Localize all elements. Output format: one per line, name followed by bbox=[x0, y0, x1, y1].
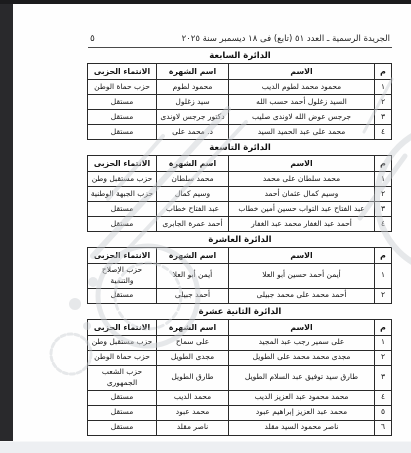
cell-nickname: د. محمد على bbox=[157, 125, 229, 140]
cell-name: على سمير رجب عبد المجيد bbox=[229, 335, 375, 350]
cell-party: مستقل bbox=[88, 95, 157, 110]
column-header-party: الانتماء الحزبى bbox=[88, 64, 157, 80]
candidate-row: ٥محمد عبد العزيز إبراهيم عبودمحمد عبودمس… bbox=[88, 405, 392, 420]
candidate-row: ٣طارق سيد توفيق عبد السلام الطويلطارق ال… bbox=[88, 365, 392, 390]
cell-no: ٤ bbox=[375, 390, 392, 405]
candidate-row: ١محمود محمد لطوم الديبمحمود لطومحزب حماة… bbox=[88, 80, 392, 95]
viewer-top-edge bbox=[0, 0, 411, 4]
cell-nickname: محمد عبود bbox=[157, 405, 229, 420]
cell-name: السيد زغلول أحمد حسب الله bbox=[229, 95, 375, 110]
cell-no: ١ bbox=[375, 80, 392, 95]
cell-no: ٤ bbox=[375, 217, 392, 232]
viewer-bottom-bar bbox=[0, 441, 411, 453]
cell-nickname: عبد الفتاح خطاب bbox=[157, 202, 229, 217]
cell-party: مستقل bbox=[88, 110, 157, 125]
cell-name: وسيم كمال عثمان أحمد bbox=[229, 187, 375, 202]
candidate-row: ٤محمد على عبد الحميد السيدد. محمد علىمست… bbox=[88, 125, 392, 140]
table-header: مالاسماسم الشهرةالانتماء الحزبى bbox=[88, 319, 392, 335]
candidate-row: ١محمد سلطان على محمدمحمد سلطانحزب مستقبل… bbox=[88, 172, 392, 187]
table-header: مالاسماسم الشهرةالانتماء الحزبى bbox=[88, 248, 392, 264]
candidate-row: ٢السيد زغلول أحمد حسب اللهسيد زغلولمستقل bbox=[88, 95, 392, 110]
cell-party: حزب مستقبل وطن bbox=[88, 335, 157, 350]
page-number: ٥ bbox=[90, 34, 95, 44]
cell-name: جرجس عوض الله لاوندى صليب bbox=[229, 110, 375, 125]
district-title: الدائرة السابعة bbox=[88, 51, 392, 61]
cell-no: ٢ bbox=[375, 288, 392, 303]
cell-party: مستقل bbox=[88, 405, 157, 420]
district-section: الدائرة الثانية عشرةمالاسماسم الشهرةالان… bbox=[88, 307, 392, 436]
tables-container: الدائرة السابعةمالاسماسم الشهرةالانتماء … bbox=[88, 51, 392, 436]
cell-party: حزب الجبهة الوطنية bbox=[88, 187, 157, 202]
cell-name: أحمد عبد الغفار محمد عبد الغفار bbox=[229, 217, 375, 232]
cell-no: ١ bbox=[375, 335, 392, 350]
cell-party: مستقل bbox=[88, 288, 157, 303]
cell-no: ٢ bbox=[375, 187, 392, 202]
column-header-no: م bbox=[375, 248, 392, 264]
cell-nickname: أيمن أبو العلا bbox=[157, 264, 229, 289]
candidate-row: ٤محمد محمود عبد العزيز الديبمحمد الديبمس… bbox=[88, 390, 392, 405]
column-header-nickname: اسم الشهرة bbox=[157, 248, 229, 264]
cell-no: ٣ bbox=[375, 202, 392, 217]
candidate-row: ٣جرجس عوض الله لاوندى صليبدكتور جرجس لاو… bbox=[88, 110, 392, 125]
column-header-party: الانتماء الحزبى bbox=[88, 319, 157, 335]
cell-name: محمد عبد العزيز إبراهيم عبود bbox=[229, 405, 375, 420]
district-title: الدائرة الثانية عشرة bbox=[88, 307, 392, 317]
table-body: ١على سمير رجب عبد المجيدعلى سماححزب مستق… bbox=[88, 335, 392, 435]
cell-no: ٣ bbox=[375, 110, 392, 125]
candidate-row: ٤أحمد عبد الغفار محمد عبد الغفارأحمد عمر… bbox=[88, 217, 392, 232]
cell-nickname: سيد زغلول bbox=[157, 95, 229, 110]
cell-nickname: مجدى الطويل bbox=[157, 350, 229, 365]
viewer-left-margin-strip bbox=[0, 0, 13, 442]
district-title: الدائرة التاسعة bbox=[88, 143, 392, 153]
cell-nickname: طارق الطويل bbox=[157, 365, 229, 390]
candidate-row: ٢أحمد محمد على محمد جبيلىأحمد جبيلىمستقل bbox=[88, 288, 392, 303]
cell-no: ٢ bbox=[375, 350, 392, 365]
cell-name: أيمن أحمد حسين أبو العلا bbox=[229, 264, 375, 289]
gazette-header-title: الجريدة الرسمية ـ العدد ٥١ (تابع) فى ١٨ … bbox=[182, 34, 390, 44]
table-body: ١محمود محمد لطوم الديبمحمود لطومحزب حماة… bbox=[88, 80, 392, 140]
column-header-party: الانتماء الحزبى bbox=[88, 156, 157, 172]
cell-party: حزب مستقبل وطن bbox=[88, 172, 157, 187]
column-header-nickname: اسم الشهرة bbox=[157, 156, 229, 172]
cell-party: حزب حماة الوطن bbox=[88, 350, 157, 365]
cell-name: عبد الفتاح عبد التواب حسين أمين خطاب bbox=[229, 202, 375, 217]
column-header-name: الاسم bbox=[229, 156, 375, 172]
column-header-nickname: اسم الشهرة bbox=[157, 64, 229, 80]
candidate-row: ٦ناصر محمود السيد مقلدناصر مقلدمستقل bbox=[88, 420, 392, 435]
cell-no: ٦ bbox=[375, 420, 392, 435]
column-header-party: الانتماء الحزبى bbox=[88, 248, 157, 264]
column-header-name: الاسم bbox=[229, 319, 375, 335]
table-body: ١أيمن أحمد حسين أبو العلاأيمن أبو العلاح… bbox=[88, 264, 392, 304]
cell-no: ٥ bbox=[375, 405, 392, 420]
cell-party: مستقل bbox=[88, 390, 157, 405]
district-title: الدائرة العاشرة bbox=[88, 235, 392, 245]
table-header: مالاسماسم الشهرةالانتماء الحزبى bbox=[88, 64, 392, 80]
cell-no: ١ bbox=[375, 264, 392, 289]
column-header-nickname: اسم الشهرة bbox=[157, 319, 229, 335]
candidate-row: ٣عبد الفتاح عبد التواب حسين أمين خطابعبد… bbox=[88, 202, 392, 217]
cell-name: محمد سلطان على محمد bbox=[229, 172, 375, 187]
header-row: مالاسماسم الشهرةالانتماء الحزبى bbox=[88, 156, 392, 172]
cell-nickname: وسيم كمال bbox=[157, 187, 229, 202]
page-content: الجريدة الرسمية ـ العدد ٥١ (تابع) فى ١٨ … bbox=[88, 4, 392, 436]
header-rule bbox=[88, 47, 392, 48]
cell-nickname: محمد سلطان bbox=[157, 172, 229, 187]
cell-name: طارق سيد توفيق عبد السلام الطويل bbox=[229, 365, 375, 390]
candidates-table: مالاسماسم الشهرةالانتماء الحزبى١محمود مح… bbox=[87, 63, 392, 140]
cell-no: ٢ bbox=[375, 95, 392, 110]
cell-name: أحمد محمد على محمد جبيلى bbox=[229, 288, 375, 303]
column-header-no: م bbox=[375, 64, 392, 80]
candidate-row: ٢مجدى محمد محمد على الطويلمجدى الطويلحزب… bbox=[88, 350, 392, 365]
cell-name: مجدى محمد محمد على الطويل bbox=[229, 350, 375, 365]
cell-nickname: دكتور جرجس لاوندى bbox=[157, 110, 229, 125]
cell-name: ناصر محمود السيد مقلد bbox=[229, 420, 375, 435]
header-row: مالاسماسم الشهرةالانتماء الحزبى bbox=[88, 248, 392, 264]
cell-party: حزب الشعب الجمهورى bbox=[88, 365, 157, 390]
cell-nickname: ناصر مقلد bbox=[157, 420, 229, 435]
cell-no: ٣ bbox=[375, 365, 392, 390]
cell-name: محمد محمود عبد العزيز الديب bbox=[229, 390, 375, 405]
cell-no: ١ bbox=[375, 172, 392, 187]
table-body: ١محمد سلطان على محمدمحمد سلطانحزب مستقبل… bbox=[88, 172, 392, 232]
candidates-table: مالاسماسم الشهرةالانتماء الحزبى١محمد سلط… bbox=[87, 155, 392, 232]
cell-party: مستقل bbox=[88, 202, 157, 217]
district-section: الدائرة التاسعةمالاسماسم الشهرةالانتماء … bbox=[88, 143, 392, 232]
cell-name: محمود محمد لطوم الديب bbox=[229, 80, 375, 95]
header-row: مالاسماسم الشهرةالانتماء الحزبى bbox=[88, 64, 392, 80]
header-row: مالاسماسم الشهرةالانتماء الحزبى bbox=[88, 319, 392, 335]
candidate-row: ٢وسيم كمال عثمان أحمدوسيم كمالحزب الجبهة… bbox=[88, 187, 392, 202]
column-header-name: الاسم bbox=[229, 248, 375, 264]
table-header: مالاسماسم الشهرةالانتماء الحزبى bbox=[88, 156, 392, 172]
column-header-no: م bbox=[375, 156, 392, 172]
column-header-name: الاسم bbox=[229, 64, 375, 80]
candidate-row: ١أيمن أحمد حسين أبو العلاأيمن أبو العلاح… bbox=[88, 264, 392, 289]
cell-party: حزب حماة الوطن bbox=[88, 80, 157, 95]
cell-name: محمد على عبد الحميد السيد bbox=[229, 125, 375, 140]
running-header: الجريدة الرسمية ـ العدد ٥١ (تابع) فى ١٨ … bbox=[88, 4, 392, 45]
candidates-table: مالاسماسم الشهرةالانتماء الحزبى١أيمن أحم… bbox=[87, 247, 392, 304]
cell-nickname: أحمد جبيلى bbox=[157, 288, 229, 303]
cell-nickname: أحمد عمرة الجابرى bbox=[157, 217, 229, 232]
cell-party: حزب الإصلاح والتنمية bbox=[88, 264, 157, 289]
cell-party: مستقل bbox=[88, 125, 157, 140]
candidate-row: ١على سمير رجب عبد المجيدعلى سماححزب مستق… bbox=[88, 335, 392, 350]
cell-nickname: محمد الديب bbox=[157, 390, 229, 405]
column-header-no: م bbox=[375, 319, 392, 335]
pdf-viewer-stage: الجريدة الرسمية ـ العدد ٥١ (تابع) فى ١٨ … bbox=[0, 0, 411, 453]
cell-party: مستقل bbox=[88, 217, 157, 232]
candidates-table: مالاسماسم الشهرةالانتماء الحزبى١على سمير… bbox=[87, 319, 392, 436]
cell-party: مستقل bbox=[88, 420, 157, 435]
cell-no: ٤ bbox=[375, 125, 392, 140]
cell-nickname: على سماح bbox=[157, 335, 229, 350]
district-section: الدائرة السابعةمالاسماسم الشهرةالانتماء … bbox=[88, 51, 392, 140]
document-page: الجريدة الرسمية ـ العدد ٥١ (تابع) فى ١٨ … bbox=[13, 4, 411, 442]
district-section: الدائرة العاشرةمالاسماسم الشهرةالانتماء … bbox=[88, 235, 392, 304]
cell-nickname: محمود لطوم bbox=[157, 80, 229, 95]
